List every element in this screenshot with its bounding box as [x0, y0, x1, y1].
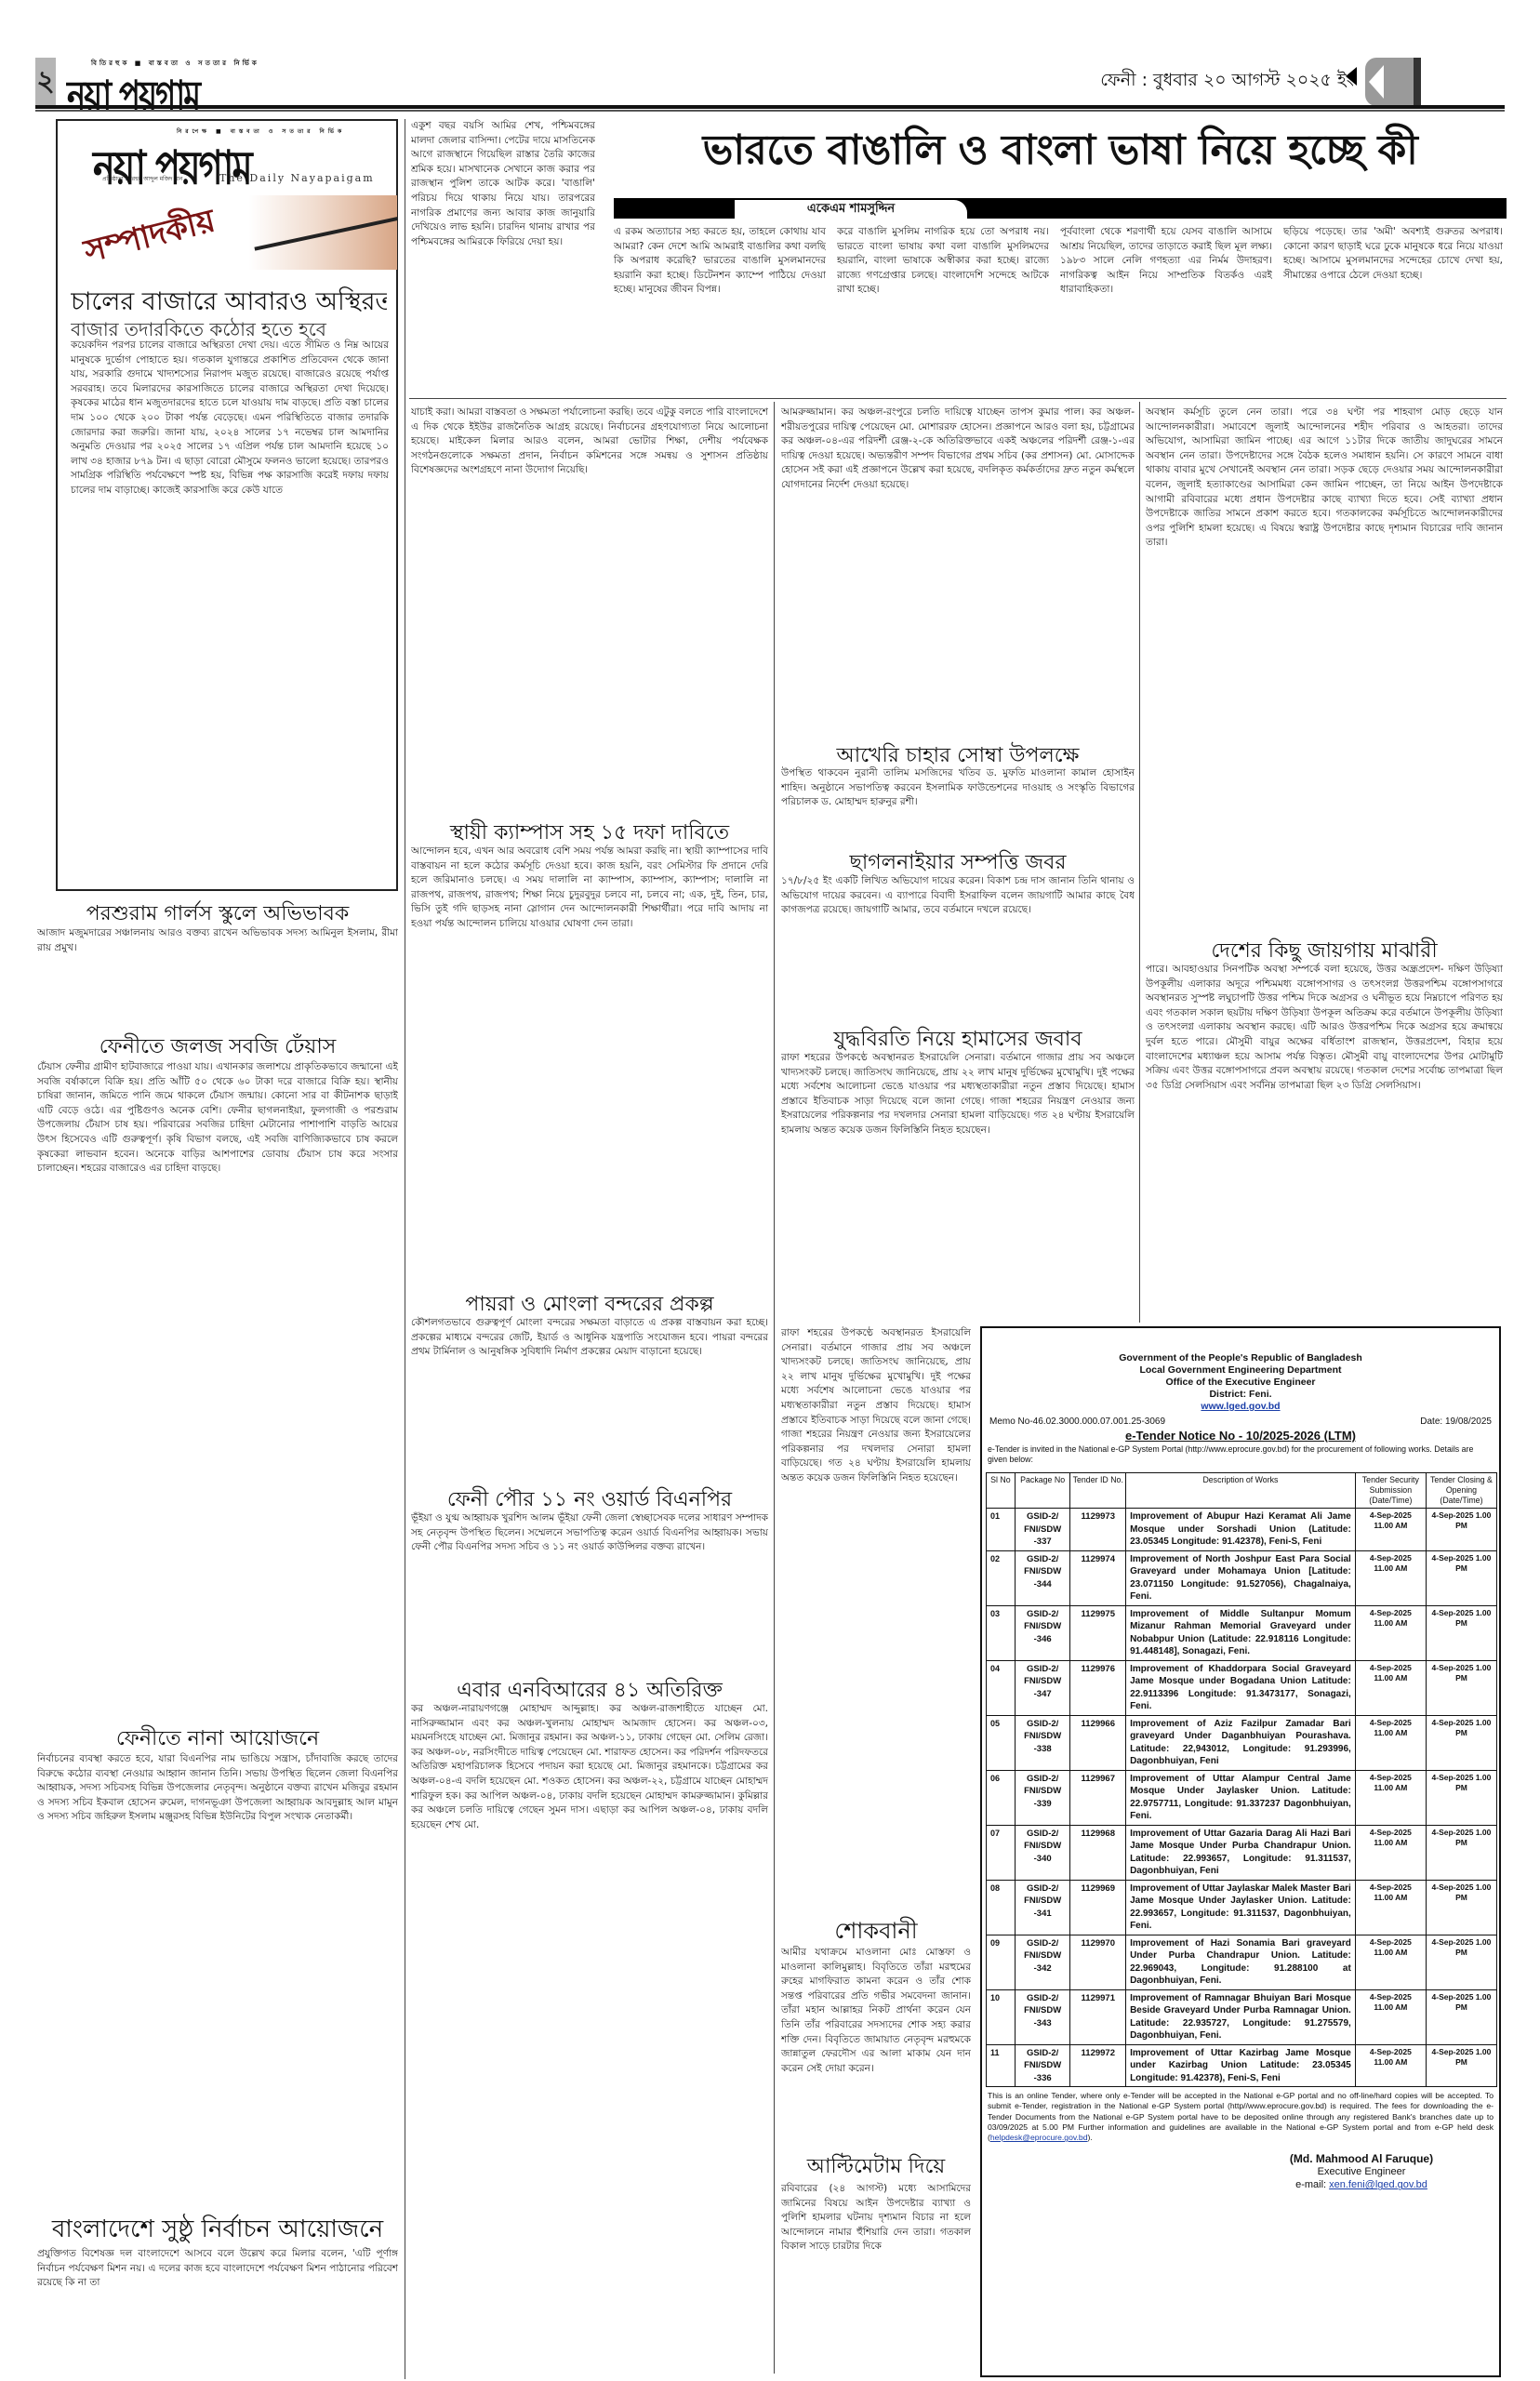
- tender-cell-security: 4-Sep-2025 11.00 AM: [1355, 1660, 1426, 1715]
- permanent-campus-body: আন্দোলন হবে, এখন আর অবরোধ বেশি সময় পর্য…: [411, 845, 768, 1282]
- tender-cell-desc: Improvement of North Joshpur East Para S…: [1126, 1550, 1356, 1605]
- tender-cell-sl: 06: [987, 1770, 1016, 1825]
- tender-cell-security: 4-Sep-2025 11.00 AM: [1355, 1605, 1426, 1660]
- tender-cell-closing: 4-Sep-2025 1.00 PM: [1426, 1770, 1496, 1825]
- memo-date: Date: 19/08/2025: [1420, 1417, 1492, 1427]
- tender-table-header: Sl No Package No Tender ID No. Descripti…: [987, 1473, 1497, 1509]
- signatory-email-link[interactable]: xen.feni@lged.gov.bd: [1329, 2179, 1427, 2190]
- page-tab-icon[interactable]: [1365, 58, 1414, 106]
- tender-row: 05GSID-2/ FNI/SDW -3381129966Improvement…: [987, 1715, 1497, 1770]
- signatory-name: (Md. Mahmood Al Faruque): [1224, 2152, 1499, 2165]
- tender-cell-security: 4-Sep-2025 11.00 AM: [1355, 1989, 1426, 2044]
- tender-cell-tender-id: 1129972: [1070, 2044, 1126, 2087]
- col-closing: Tender Closing & Opening (Date/Time): [1426, 1473, 1496, 1509]
- tender-row: 07GSID-2/ FNI/SDW -3401129968Improvement…: [987, 1825, 1497, 1880]
- chhagalnaiya-property-body: ১৭/৮/২৫ ইং একটি লিখিত অভিযোগ দায়ের করেন…: [781, 874, 1135, 949]
- tender-cell-security: 4-Sep-2025 11.00 AM: [1355, 1715, 1426, 1770]
- col-security: Tender Security Submission (Date/Time): [1355, 1473, 1426, 1509]
- editorial-body: কয়েকদিন পরপর চালের বাজারে অস্থিরতা দেখা…: [71, 339, 389, 885]
- tender-row: 03GSID-2/ FNI/SDW -3461129975Improvement…: [987, 1605, 1497, 1660]
- tender-cell-package: GSID-2/ FNI/SDW -340: [1015, 1825, 1070, 1880]
- tender-cell-closing: 4-Sep-2025 1.00 PM: [1426, 1509, 1496, 1551]
- tender-cell-tender-id: 1129966: [1070, 1715, 1126, 1770]
- email-label: e-mail:: [1295, 2179, 1329, 2190]
- section-divider: [409, 398, 1507, 399]
- tender-cell-closing: 4-Sep-2025 1.00 PM: [1426, 1550, 1496, 1605]
- tender-footnote: This is an online Tender, where only e-T…: [982, 2087, 1499, 2147]
- tender-row: 02GSID-2/ FNI/SDW -3441129974Improvement…: [987, 1550, 1497, 1605]
- tender-notice-title: e-Tender Notice No - 10/2025-2026 (LTM): [982, 1429, 1499, 1443]
- column-divider: [774, 402, 775, 2374]
- tender-cell-desc: Improvement of Hazi Sonamia Bari graveya…: [1126, 1935, 1356, 1989]
- hamas-response-body: রাফা শহরের উপকণ্ঠে অবস্থানরত ইসরায়েলি স…: [781, 1051, 1135, 1321]
- masthead-rule: [35, 105, 1505, 109]
- col-description: Description of Works: [1126, 1473, 1356, 1509]
- tender-cell-sl: 08: [987, 1880, 1016, 1935]
- headline-ultimatum[interactable]: আল্টিমেটাম দিয়ে: [781, 2150, 971, 2185]
- tender-cell-sl: 03: [987, 1605, 1016, 1660]
- tender-cell-tender-id: 1129970: [1070, 1935, 1126, 1989]
- tender-row: 06GSID-2/ FNI/SDW -3391129967Improvement…: [987, 1770, 1497, 1825]
- col-package: Package No: [1015, 1473, 1070, 1509]
- page-tab-bar: [1414, 58, 1421, 106]
- column-divider: [1139, 402, 1140, 1323]
- tender-cell-security: 4-Sep-2025 11.00 AM: [1355, 1935, 1426, 1989]
- tender-cell-tender-id: 1129976: [1070, 1660, 1126, 1715]
- akheri-chahar-shomba-body: উপস্থিত থাকবেন নুরানী তালিম মসজিদের খতিব…: [781, 766, 1135, 841]
- story-feni-events-body: নির্বাচনের ব্যবস্থা করতে হবে, যারা বিএনপ…: [37, 1752, 398, 1955]
- page-number: ২: [35, 58, 56, 106]
- newspaper-logo[interactable]: বিতিরহুক ■ বাস্তবতা ও সততার নির্ভিক নয়া…: [60, 56, 213, 106]
- tender-cell-tender-id: 1129968: [1070, 1825, 1126, 1880]
- tender-cell-package: GSID-2/ FNI/SDW -336: [1015, 2044, 1070, 2087]
- tender-row: 04GSID-2/ FNI/SDW -3471129976Improvement…: [987, 1660, 1497, 1715]
- tender-cell-desc: Improvement of Ramnagar Bhuiyan Bari Mos…: [1126, 1989, 1356, 2044]
- tender-cell-closing: 4-Sep-2025 1.00 PM: [1426, 1715, 1496, 1770]
- tender-cell-closing: 4-Sep-2025 1.00 PM: [1426, 1825, 1496, 1880]
- tender-row: 09GSID-2/ FNI/SDW -3421129970Improvement…: [987, 1935, 1497, 1989]
- feature-column-3: পূর্ববাংলা থেকে শরণার্থী হয়ে যেসব বাঙাল…: [1060, 225, 1272, 392]
- column-divider: [405, 119, 405, 2379]
- story-bangladesh-election-body: প্রযুক্তিগত বিশেষজ্ঞ দল বাংলাদেশে আসবে ব…: [37, 2247, 398, 2307]
- tender-cell-closing: 4-Sep-2025 1.00 PM: [1426, 1660, 1496, 1715]
- tender-cell-sl: 07: [987, 1825, 1016, 1880]
- tender-cell-desc: Improvement of Uttar Kazirbag Jame Mosqu…: [1126, 2044, 1356, 2087]
- memo-number: Memo No-46.02.3000.000.07.001.25-3069: [989, 1417, 1165, 1427]
- tender-cell-tender-id: 1129975: [1070, 1605, 1126, 1660]
- tender-cell-package: GSID-2/ FNI/SDW -343: [1015, 1989, 1070, 2044]
- col-tender-id: Tender ID No.: [1070, 1473, 1126, 1509]
- story-parshuram-body: আজাদ মজুমদারের সঞ্চালনায় আরও বক্তব্য রা…: [37, 926, 398, 969]
- tender-cell-tender-id: 1129974: [1070, 1550, 1126, 1605]
- tender-cell-package: GSID-2/ FNI/SDW -341: [1015, 1880, 1070, 1935]
- masthead-rule-thin: [35, 110, 1505, 112]
- tender-cell-sl: 04: [987, 1660, 1016, 1715]
- tender-gov-header: Government of the People's Republic of B…: [982, 1352, 1499, 1413]
- feature-column-4: ছড়িয়ে পড়েছে। তার 'অমী' অবশ্যই গুরুতর …: [1283, 225, 1503, 392]
- gov-line: District: Feni.: [982, 1389, 1499, 1401]
- feni-ward-bnp-body: ভূঁইয়া ও যুগ্ম আহ্বায়ক খুরশিদ আলম ভূঁই…: [411, 1511, 768, 1669]
- tender-notice: Government of the People's Republic of B…: [980, 1326, 1501, 2377]
- ultimatum-body: রবিবারের (২৪ আগস্ট) মধ্যে আসামিদের জামিন…: [781, 2182, 971, 2368]
- tender-cell-tender-id: 1129967: [1070, 1770, 1126, 1825]
- tender-cell-desc: Improvement of Uttar Alampur Central Jam…: [1126, 1770, 1356, 1825]
- lged-website-link[interactable]: www.lged.gov.bd: [982, 1401, 1499, 1413]
- tender-cell-tender-id: 1129973: [1070, 1509, 1126, 1551]
- tender-cell-closing: 4-Sep-2025 1.00 PM: [1426, 2044, 1496, 2087]
- shahbagh-protest-body: অবস্থান কর্মসূচি তুলে নেন তারা। পরে ৩৪ ঘ…: [1146, 406, 1503, 805]
- tender-cell-desc: Improvement of Khaddorpara Social Gravey…: [1126, 1660, 1356, 1715]
- tender-cell-package: GSID-2/ FNI/SDW -338: [1015, 1715, 1070, 1770]
- footnote-end: ).: [1087, 2133, 1092, 2142]
- tender-cell-package: GSID-2/ FNI/SDW -337: [1015, 1509, 1070, 1551]
- tender-row: 10GSID-2/ FNI/SDW -3431129971Improvement…: [987, 1989, 1497, 2044]
- tender-cell-desc: Improvement of Aziz Fazilpur Zamadar Bar…: [1126, 1715, 1356, 1770]
- tender-cell-sl: 09: [987, 1935, 1016, 1989]
- col-sl: Sl No: [987, 1473, 1016, 1509]
- tender-cell-closing: 4-Sep-2025 1.00 PM: [1426, 1605, 1496, 1660]
- headline-bangladesh-election[interactable]: বাংলাদেশে সুষ্ঠু নির্বাচন আয়োজনে: [35, 2210, 400, 2251]
- tender-cell-sl: 05: [987, 1715, 1016, 1770]
- editorial-banner-word: সম্পাদকীয়: [79, 197, 221, 270]
- tender-cell-security: 4-Sep-2025 11.00 AM: [1355, 1550, 1426, 1605]
- tender-cell-sl: 11: [987, 2044, 1016, 2087]
- tender-intro: e-Tender is invited in the National e-GP…: [982, 1443, 1499, 1467]
- dateline: ফেনী : বুধবার ২০ আগস্ট ২০২৫ ইং: [1100, 67, 1354, 97]
- tender-cell-package: GSID-2/ FNI/SDW -344: [1015, 1550, 1070, 1605]
- tender-row: 11GSID-2/ FNI/SDW -3361129972Improvement…: [987, 2044, 1497, 2087]
- tender-cell-closing: 4-Sep-2025 1.00 PM: [1426, 1880, 1496, 1935]
- tender-cell-tender-id: 1129971: [1070, 1989, 1126, 2044]
- tender-signature: (Md. Mahmood Al Faruque) Executive Engin…: [1224, 2152, 1499, 2191]
- feature-byline: একেএম শামসুদ্দিন: [735, 200, 967, 219]
- tender-cell-desc: Improvement of Middle Sultanpur Momum Mi…: [1126, 1605, 1356, 1660]
- payra-mongla-port-body: কৌশলগতভাবে গুরুত্বপূর্ণ মোংলা বন্দরের সক…: [411, 1316, 768, 1474]
- tender-cell-package: GSID-2/ FNI/SDW -339: [1015, 1770, 1070, 1825]
- hamas-response-continued: রাফা শহরের উপকণ্ঠে অবস্থানরত ইসরায়েলি স…: [781, 1326, 971, 1884]
- signatory-title: Executive Engineer: [1224, 2165, 1499, 2178]
- pen-icon: [254, 214, 397, 250]
- gov-line: Government of the People's Republic of B…: [982, 1352, 1499, 1364]
- feature-lead-paragraph: একুশ বছর বয়সি আমির শেখ, পশ্চিমবঙ্গের মা…: [411, 119, 595, 398]
- weather-body: পারে। আবহাওয়ার সিনপটিক অবস্থা সম্পর্কে …: [1146, 963, 1503, 1316]
- feature-column-2: করে বাঙালি মুসলিম নাগরিক হয়ে তো অপরাধ ন…: [837, 225, 1049, 392]
- tender-row: 08GSID-2/ FNI/SDW -3411129969Improvement…: [987, 1880, 1497, 1935]
- editorial-banner-image: সম্পাদকীয়: [67, 195, 397, 270]
- tender-cell-closing: 4-Sep-2025 1.00 PM: [1426, 1935, 1496, 1989]
- tender-cell-sl: 02: [987, 1550, 1016, 1605]
- tender-cell-desc: Improvement of Abupur Hazi Keramat Ali J…: [1126, 1509, 1356, 1551]
- nbr-transfer-body: আমরুজ্জামান। কর অঞ্চল-রংপুরে চলতি দায়িত…: [781, 406, 1135, 731]
- tender-cell-package: GSID-2/ FNI/SDW -347: [1015, 1660, 1070, 1715]
- tender-cell-security: 4-Sep-2025 11.00 AM: [1355, 1770, 1426, 1825]
- tender-table: Sl No Package No Tender ID No. Descripti…: [986, 1472, 1497, 2087]
- tender-cell-desc: Improvement of Uttar Jaylaskar Malek Mas…: [1126, 1880, 1356, 1935]
- feature-headline[interactable]: ভারতে বাঙালি ও বাংলা ভাষা নিয়ে হচ্ছে কী: [614, 119, 1507, 187]
- helpdesk-email-link[interactable]: helpdesk@eprocure.gov.bd: [990, 2133, 1088, 2142]
- nbr-41-body: কর অঞ্চল-নারায়ণগঞ্জে মোহাম্মদ আব্দুল্লা…: [411, 1702, 768, 2307]
- tender-cell-security: 4-Sep-2025 11.00 AM: [1355, 1825, 1426, 1880]
- editorial-english-name: The Daily Nayapaigam: [219, 172, 375, 184]
- tender-cell-sl: 01: [987, 1509, 1016, 1551]
- tender-cell-security: 4-Sep-2025 11.00 AM: [1355, 2044, 1426, 2087]
- gov-line: Local Government Engineering Department: [982, 1364, 1499, 1377]
- tender-cell-security: 4-Sep-2025 11.00 AM: [1355, 1880, 1426, 1935]
- eu-election-body: যাচাই করা। আমরা বাস্তবতা ও সক্ষমতা পর্যা…: [411, 406, 768, 759]
- editorial-founder: প্রতিষ্ঠাতা : মরহুম আব্দুল মজিদ খান: [102, 174, 182, 184]
- tender-cell-package: GSID-2/ FNI/SDW -342: [1015, 1935, 1070, 1989]
- story-feni-vegetable-body: ঢেঁয়াস ফেনীর গ্রামীণ হাটবাজারে পাওয়া য…: [37, 1060, 398, 1717]
- tender-row: 01GSID-2/ FNI/SDW -3371129973Improvement…: [987, 1509, 1497, 1551]
- prev-page-arrow-icon[interactable]: [1346, 67, 1357, 86]
- feature-column-1: এ রকম অত্যাচার সহ্য করতে হয়, তাহলে কোথা…: [614, 225, 826, 392]
- condolence-body: আমীর যথাক্রমে মাওলানা মোঃ মোস্তফা ও মাওল…: [781, 1946, 971, 2141]
- gov-line: Office of the Executive Engineer: [982, 1377, 1499, 1389]
- tender-cell-tender-id: 1129969: [1070, 1880, 1126, 1935]
- tender-cell-closing: 4-Sep-2025 1.00 PM: [1426, 1989, 1496, 2044]
- tender-cell-package: GSID-2/ FNI/SDW -346: [1015, 1605, 1070, 1660]
- editorial-logo: নিরপেক্ষ ■ বাস্তবতা ও সততার নির্ভিক নয়া…: [65, 126, 391, 186]
- tender-cell-security: 4-Sep-2025 11.00 AM: [1355, 1509, 1426, 1551]
- tender-cell-sl: 10: [987, 1989, 1016, 2044]
- tender-cell-desc: Improvement of Uttar Gazaria Darag Ali H…: [1126, 1825, 1356, 1880]
